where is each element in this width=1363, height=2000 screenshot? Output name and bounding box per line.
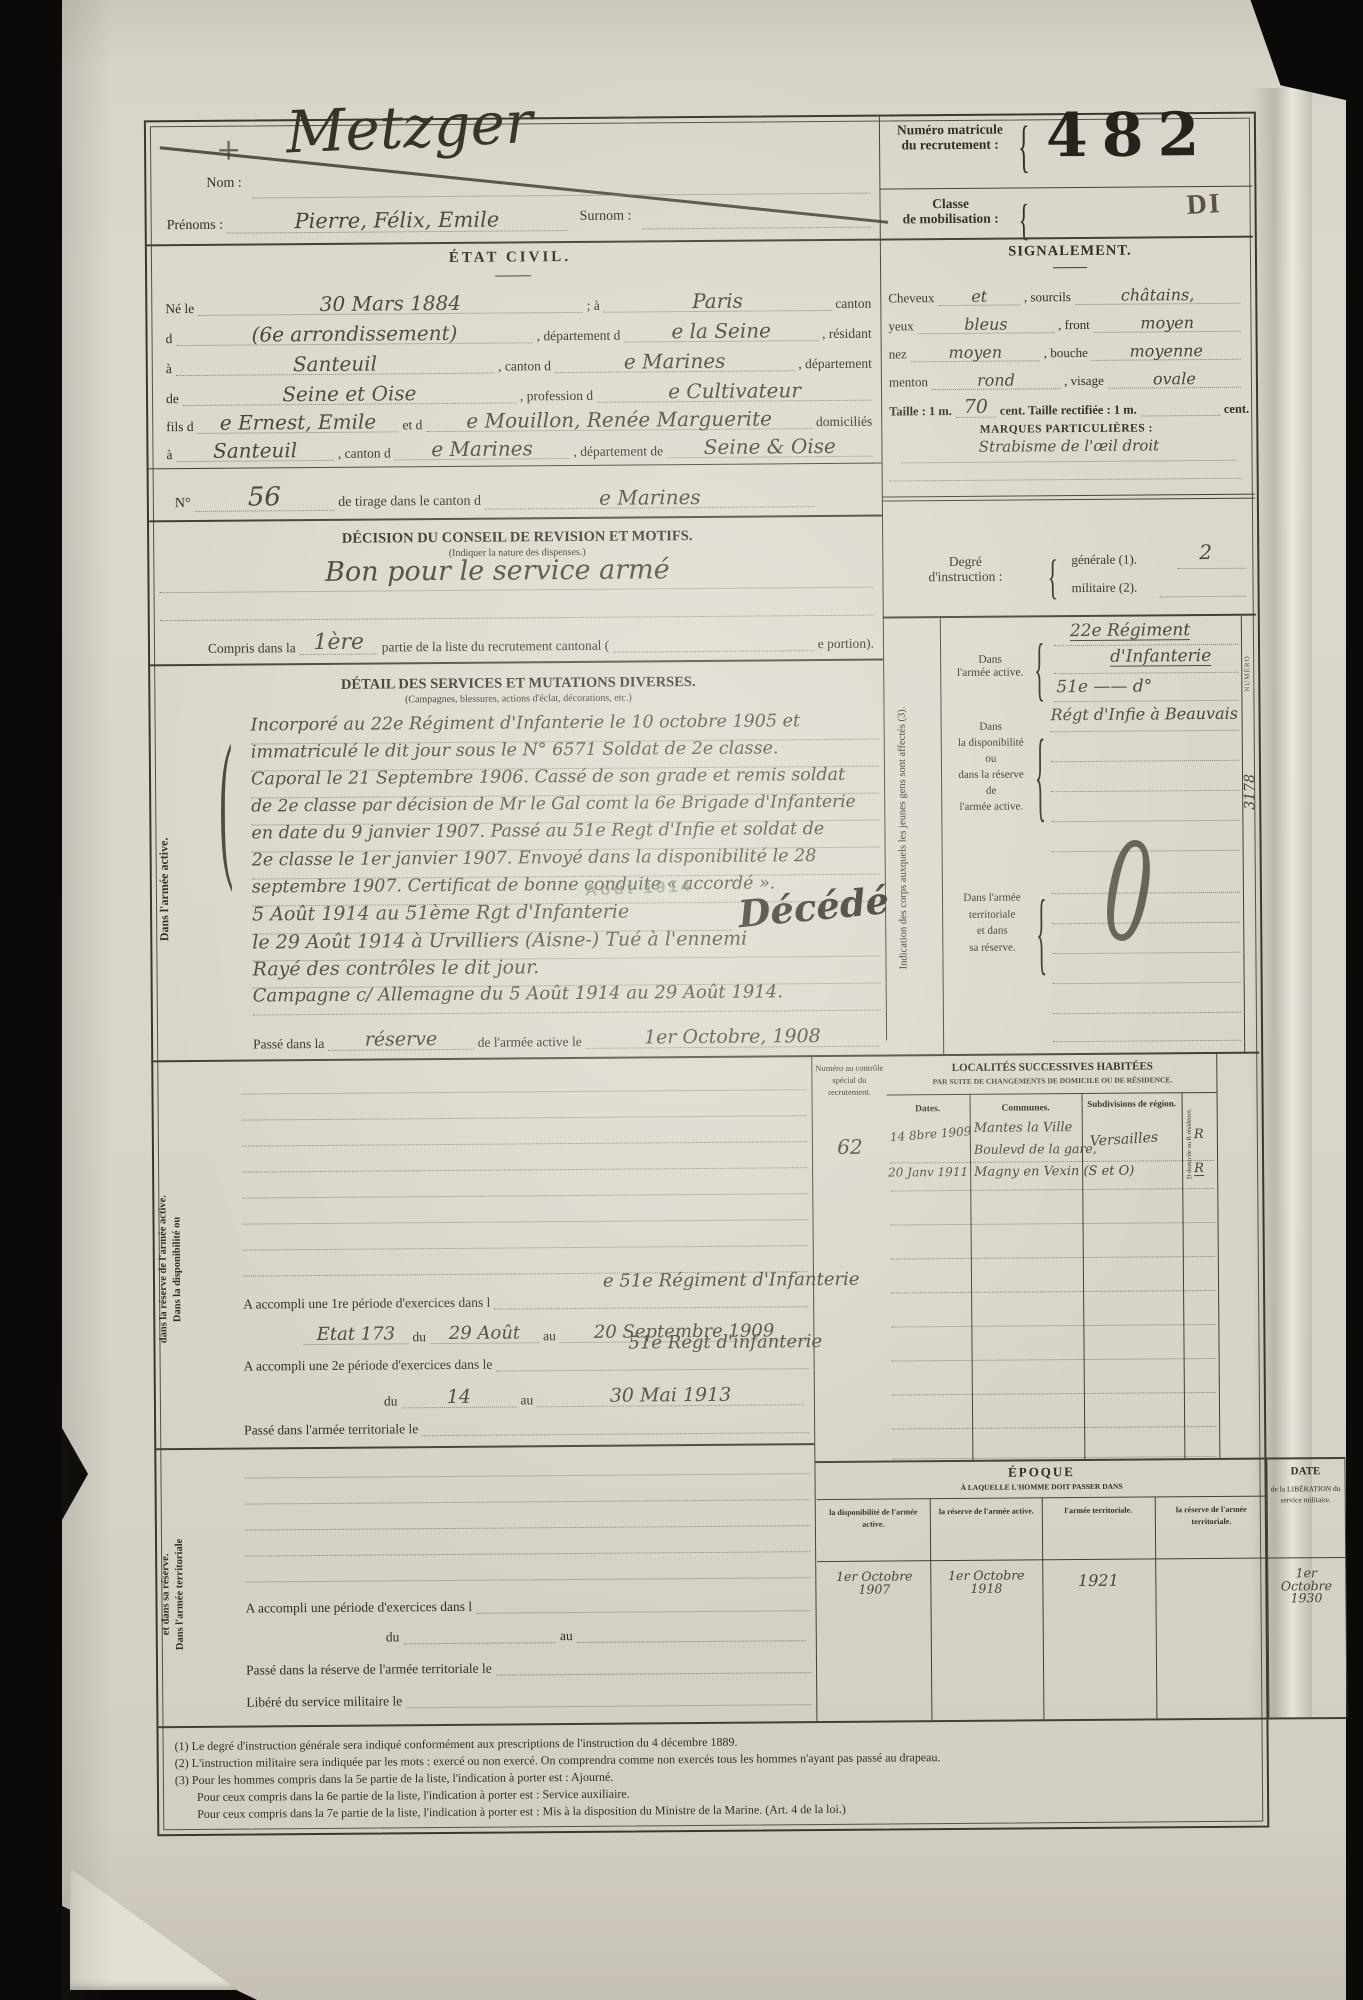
date-title: DATE [1268, 1465, 1342, 1478]
corps-active-value2: d'Infanterie [1110, 648, 1211, 667]
dotted-line [1053, 970, 1241, 984]
epoque-value: 1er Octobre 1907 [825, 1570, 923, 1596]
label: , canton d [338, 445, 391, 461]
col-subdivisions: Subdivisions de région. [1085, 1098, 1179, 1110]
dotted-line [252, 171, 870, 199]
label: au [520, 1392, 533, 1407]
campagne-line: Campagne c/ Allemagne du 5 Août 1914 au … [253, 983, 881, 1016]
label: e portion). [818, 636, 874, 652]
brace: { [1034, 631, 1045, 710]
corps-active-value3: 51e —— d° [1056, 678, 1152, 696]
value: e la Seine [624, 320, 818, 343]
sidebar-territoriale2: et dans sa réserve. [159, 1474, 173, 1714]
margin-number: 3178 [1243, 752, 1258, 832]
label: du [412, 1329, 426, 1344]
label: du [384, 1393, 398, 1408]
dotted-line [1053, 1028, 1241, 1042]
value: réserve [328, 1030, 473, 1051]
label: Taille : 1 m. [889, 404, 952, 418]
dotted-line [891, 1312, 1215, 1328]
label: de l'armée active le [478, 1034, 582, 1050]
dotted-line [1177, 554, 1245, 570]
brace: { [1036, 883, 1047, 987]
surnom-label: Surnom : [580, 209, 632, 225]
recruitment-form: + Metzger Nom : Prénoms : Pierre, Félix,… [0, 0, 1363, 2000]
label: partie de la liste du recrutement canton… [382, 638, 610, 655]
label: Compris dans la [208, 640, 296, 656]
localite-row-dr: R [1194, 1162, 1204, 1176]
tirage-number: 56 [194, 484, 334, 512]
corps-dispo-label: Dansla disponibilitéou dans la réservede… [945, 719, 1038, 815]
dotted-line [892, 1414, 1216, 1430]
value: rond [932, 372, 1060, 390]
label: , département de [573, 443, 663, 459]
value: châtains, [1075, 287, 1240, 305]
matricule-value: 482 [1046, 102, 1214, 170]
epoque-col-header: la réserve de l'armée active. [934, 1505, 1039, 1518]
matricule-label: Numéro matriculedu recrutement : [884, 121, 1016, 152]
label: menton [889, 376, 928, 391]
col-dates: Dates. [888, 1104, 968, 1115]
dotted-line [1160, 582, 1246, 598]
localites-title: LOCALITÉS SUCCESSIVES HABITÉES [891, 1060, 1213, 1075]
localite-row-subdiv: Versailles [1090, 1131, 1159, 1149]
brace: ( [219, 714, 234, 898]
label: A accompli une période d'exercices dans … [245, 1599, 472, 1616]
epoque-col-header: l'armée territoriale. [1046, 1504, 1151, 1517]
dotted-line [1051, 748, 1239, 762]
label: , canton d [498, 358, 551, 374]
value: e Marines [485, 486, 815, 510]
label: au [560, 1628, 573, 1643]
etat-civil-title: ÉTAT CIVIL. [295, 248, 725, 268]
value: moyenne [1092, 343, 1241, 361]
dotted-line [891, 1244, 1215, 1260]
value: 70 [956, 398, 996, 418]
value: 1er Octobre, 1908 [586, 1027, 880, 1049]
prenoms-value: Pierre, Félix, Emile [227, 209, 567, 234]
value: 30 Mars 1884 [198, 292, 583, 316]
label: Passé dans la réserve de l'armée territo… [246, 1661, 492, 1678]
col-communes: Communes. [972, 1103, 1080, 1114]
value: Etat 173 [303, 1325, 408, 1345]
value: et [938, 288, 1020, 306]
epoque-col-header: la réserve de l'armée territoriale. [1159, 1504, 1264, 1529]
label: , sourcils [1024, 291, 1071, 306]
localite-row-date: 20 Janv 1911 [888, 1166, 968, 1179]
liberation-date-value: 1er Octobre 1930 [1271, 1567, 1341, 1605]
dotted-line [1051, 718, 1239, 732]
marques-value: Strabisme de l'œil droit [901, 438, 1236, 464]
value: ovale [1108, 371, 1241, 389]
label: A accompli une 2e période d'exercices da… [244, 1357, 493, 1374]
brace: { [1035, 721, 1046, 834]
corps-territoriale-label: Dans l'arméeterritorialeet danssa réserv… [946, 889, 1039, 956]
label: cent. [1224, 402, 1249, 416]
label: au [543, 1328, 556, 1343]
periode1-regiment: e 51e Régiment d'Infanterie [603, 1271, 860, 1291]
controle-value: 62 [815, 1137, 885, 1158]
dotted-line [891, 1278, 1215, 1294]
label: Passé dans l'armée territoriale le [244, 1421, 418, 1437]
value: 29 Août [430, 1324, 539, 1344]
label: , département d [537, 327, 621, 343]
brace: { [1047, 551, 1058, 605]
dotted-line [892, 1444, 1216, 1460]
label: , front [1058, 318, 1090, 333]
label: canton [835, 296, 871, 311]
value: 14 [401, 1387, 516, 1408]
dotted-line [643, 207, 871, 230]
label: A accompli une 1re période d'exercices d… [243, 1295, 490, 1312]
divider [1344, 1457, 1347, 1717]
label: ; à [587, 298, 600, 313]
dotted-line [1051, 778, 1239, 792]
generale-label: générale (1). [1071, 553, 1137, 568]
dotted-line [890, 1176, 1214, 1192]
label: , bouche [1044, 346, 1088, 361]
mobilisation-stamp: DI [1186, 188, 1223, 221]
signalement-title: SIGNALEMENT. [945, 242, 1195, 260]
margin-caption: NUMÉRO [1244, 624, 1253, 724]
label: nez [889, 348, 907, 363]
label: , résidant [822, 326, 872, 341]
date-subtitle: de la LIBÉRATION du service militaire. [1271, 1483, 1341, 1506]
militaire-label: militaire (2). [1072, 581, 1138, 596]
degre-label: Degréd'instruction : [890, 553, 1040, 584]
label: Cheveux [888, 292, 934, 307]
sidebar-territoriale: Dans l'armée territoriale [173, 1474, 187, 1714]
value: (6e arrondissement) [176, 322, 533, 346]
value: e Marines [395, 438, 570, 460]
label: N° [175, 496, 191, 512]
label: Né le [165, 301, 194, 316]
label: d [166, 331, 173, 346]
value: Santeuil [176, 440, 334, 462]
dotted-line [890, 1210, 1214, 1226]
controle-header: Numéro au contrôle spécial du recrutemen… [814, 1063, 884, 1099]
periode2-regiment: 51e Regt d'infanterie [628, 1333, 822, 1353]
value: 30 Mai 1913 [537, 1385, 804, 1407]
label: Passé dans la [253, 1036, 324, 1052]
label: cent. Taille rectifiée : 1 m. [1000, 403, 1137, 418]
value: Seine & Oise [667, 436, 873, 459]
dotted-line [890, 466, 1242, 482]
dotted-line [892, 1380, 1216, 1396]
label: à [166, 447, 172, 462]
label: , département [798, 356, 872, 372]
corps-active-label: Dansl'armée active. [944, 653, 1036, 679]
prenoms-label: Prénoms : [167, 218, 224, 234]
sidebar-armee-active: Dans l'armée active. [157, 739, 173, 1039]
dotted-line [892, 1346, 1216, 1362]
epoque-value: 1er Octobre 1918 [937, 1569, 1035, 1595]
epoque-col-header: la disponibilité de l'armée active. [821, 1506, 926, 1531]
value: bleus [918, 316, 1054, 334]
localite-row-dr: R [1194, 1128, 1204, 1141]
label: à [166, 361, 172, 376]
dotted-line [1053, 1000, 1241, 1014]
classe-label: Classede mobilisation : [884, 195, 1016, 226]
label: yeux [888, 320, 913, 335]
label: du [386, 1629, 400, 1644]
value: Paris [604, 290, 832, 313]
label: , visage [1064, 374, 1104, 389]
value: e Marines [555, 350, 795, 373]
value: Santeuil [176, 353, 494, 376]
cross-mark: + [216, 136, 241, 166]
label: de tirage dans le canton d [338, 494, 481, 511]
marques-label: MARQUES PARTICULIÈRES : [896, 422, 1236, 438]
name-value: Metzger [285, 93, 534, 161]
dotted-line [890, 1148, 1214, 1164]
value: moyen [1094, 315, 1241, 333]
value: 1ère [300, 632, 378, 656]
corps-active-value1: 22e Régiment [1070, 622, 1190, 641]
epoque-value: 1921 [1049, 1573, 1147, 1590]
localite-row-commune: Mantes la Ville [974, 1121, 1073, 1135]
label: Libéré du service militaire le [246, 1693, 402, 1709]
nom-label: Nom : [206, 176, 242, 192]
value: moyen [911, 344, 1040, 362]
brace: { [1018, 117, 1030, 182]
